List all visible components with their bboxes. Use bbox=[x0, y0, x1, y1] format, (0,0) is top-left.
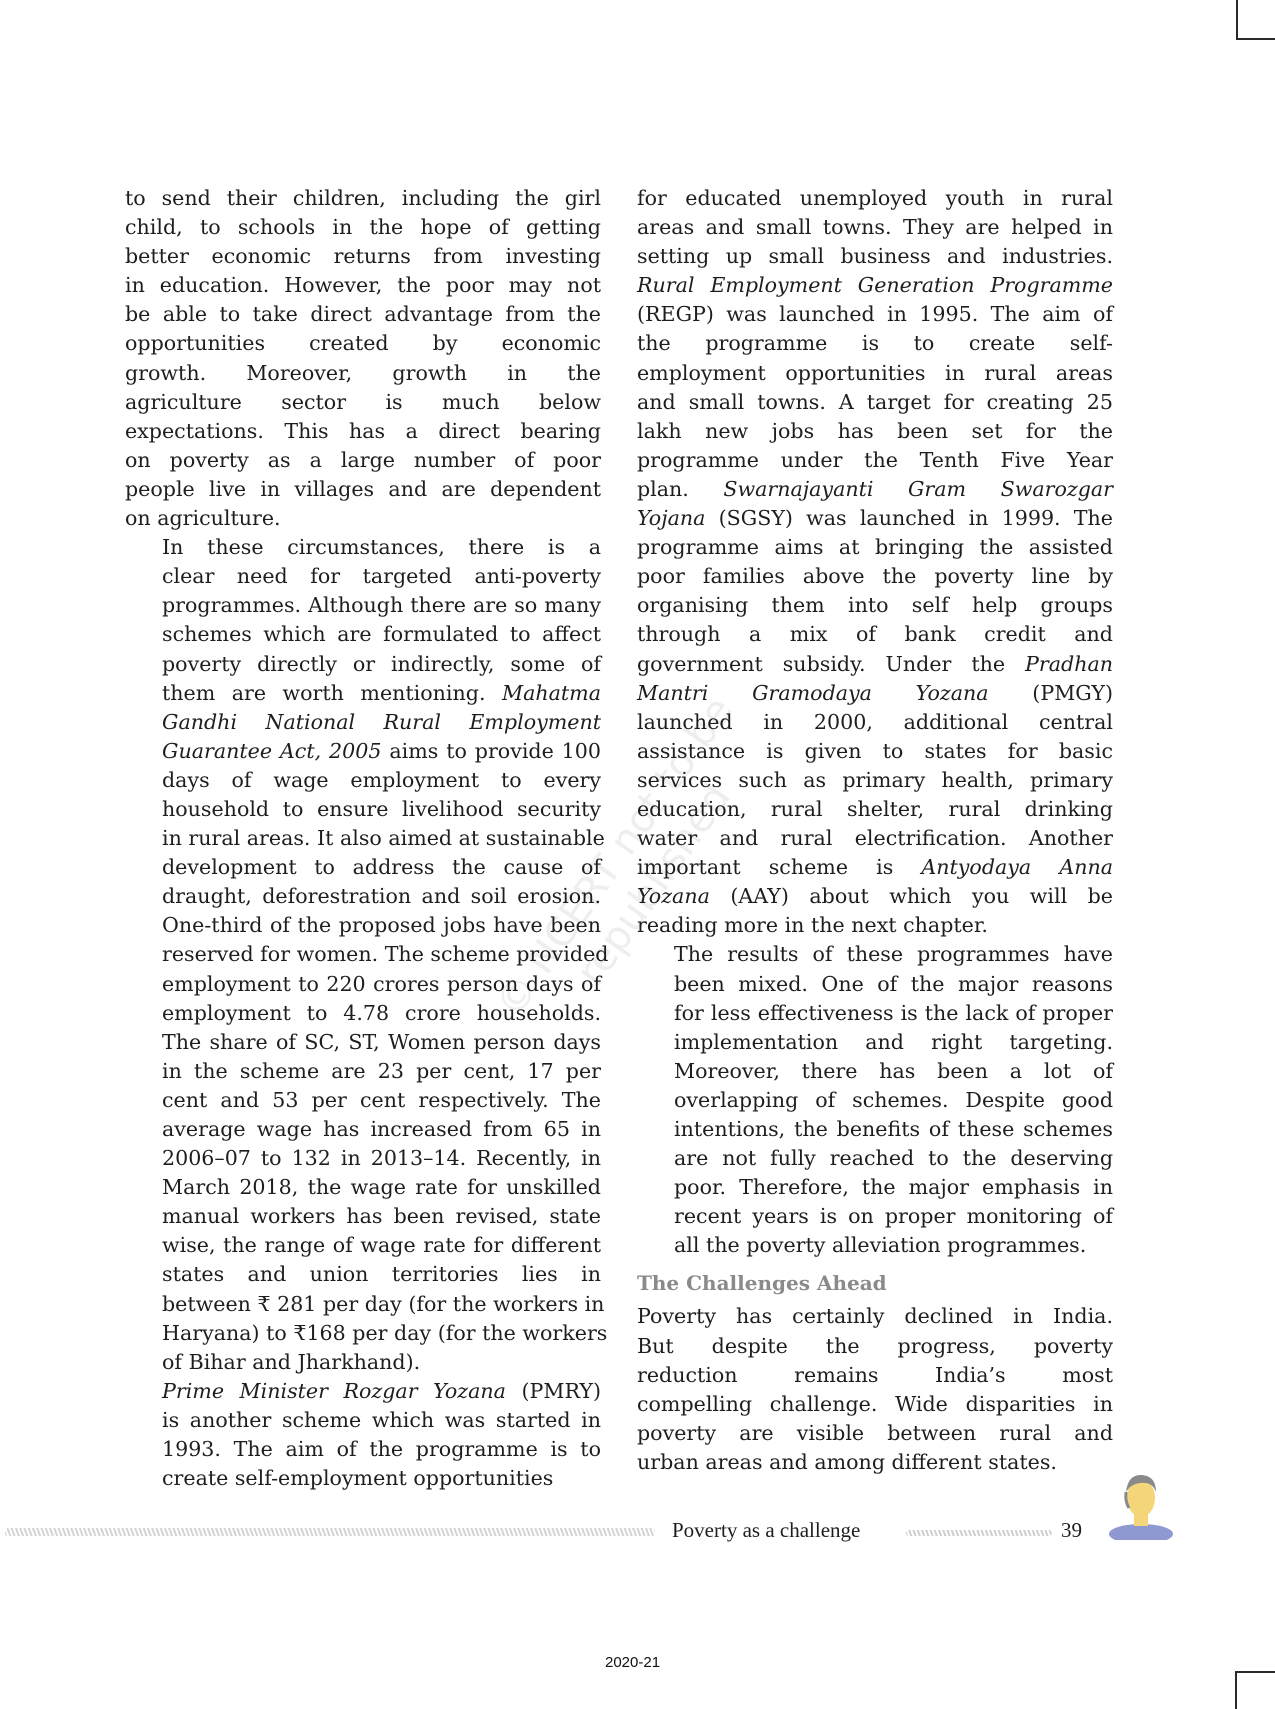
italic-scheme-name: Mantri Gramodaya Yozana bbox=[637, 681, 989, 705]
text-run: clear need for targeted anti-poverty bbox=[162, 564, 601, 588]
text-line: through a mix of bank credit and bbox=[637, 620, 1113, 649]
text-run: assistance is given to states for basic bbox=[637, 739, 1113, 763]
text-line: programmes. Although there are so many bbox=[125, 591, 601, 620]
text-run: the programme is to create self- bbox=[637, 331, 1113, 355]
text-line: for educated unemployed youth in rural bbox=[637, 184, 1113, 213]
text-line: government subsidy. Under the Pradhan bbox=[637, 650, 1113, 679]
text-line: in rural areas. It also aimed at sustain… bbox=[125, 824, 601, 853]
text-line: programme under the Tenth Five Year bbox=[637, 446, 1113, 475]
text-run: March 2018, the wage rate for unskilled bbox=[162, 1175, 601, 1199]
text-run: growth. Moreover, growth in the bbox=[125, 361, 601, 385]
paragraph: Poverty has certainly declined in India.… bbox=[637, 1302, 1113, 1477]
text-line: days of wage employment to every bbox=[125, 766, 601, 795]
paragraph: for educated unemployed youth in ruralar… bbox=[637, 184, 1113, 940]
text-line: implementation and right targeting. bbox=[637, 1028, 1113, 1057]
text-run: programme aims at bringing the assisted bbox=[637, 535, 1113, 559]
text-run: draught, deforestration and soil erosion… bbox=[162, 884, 601, 908]
text-run: areas and small towns. They are helped i… bbox=[637, 215, 1113, 239]
text-line: employment to 220 crores person days of bbox=[125, 970, 601, 999]
text-line: The share of SC, ST, Women person days bbox=[125, 1028, 601, 1057]
text-line: programme aims at bringing the assisted bbox=[637, 533, 1113, 562]
text-run: The share of SC, ST, Women person days bbox=[162, 1030, 601, 1054]
text-line: education, rural shelter, rural drinking bbox=[637, 795, 1113, 824]
text-run: Poverty has certainly declined in India. bbox=[637, 1304, 1113, 1328]
text-line: better economic returns from investing bbox=[125, 242, 601, 271]
italic-scheme-name: Swarnajayanti Gram Swarozgar bbox=[723, 477, 1113, 501]
text-line: plan. Swarnajayanti Gram Swarozgar bbox=[637, 475, 1113, 504]
text-line: child, to schools in the hope of getting bbox=[125, 213, 601, 242]
text-run: child, to schools in the hope of getting bbox=[125, 215, 601, 239]
text-run: overlapping of schemes. Despite good bbox=[674, 1088, 1113, 1112]
text-line: cent and 53 per cent respectively. The bbox=[125, 1086, 601, 1115]
text-run: reduction remains India’s most bbox=[637, 1363, 1113, 1387]
text-line: poverty directly or indirectly, some of bbox=[125, 650, 601, 679]
text-line: compelling challenge. Wide disparities i… bbox=[637, 1390, 1113, 1419]
text-line: draught, deforestration and soil erosion… bbox=[125, 882, 601, 911]
text-run: people live in villages and are dependen… bbox=[125, 477, 601, 501]
text-run: all the poverty alleviation programmes. bbox=[674, 1233, 1086, 1257]
text-run: in education. However, the poor may not bbox=[125, 273, 601, 297]
edition-year: 2020-21 bbox=[605, 1654, 660, 1671]
text-run: in rural areas. It also aimed at sustain… bbox=[162, 826, 605, 850]
italic-scheme-name: Yojana bbox=[637, 506, 705, 530]
text-line: for less effectiveness is the lack of pr… bbox=[637, 999, 1113, 1028]
text-line: employment opportunities in rural areas bbox=[637, 359, 1113, 388]
text-line: be able to take direct advantage from th… bbox=[125, 300, 601, 329]
text-run: (PMRY) bbox=[506, 1379, 601, 1403]
text-line: average wage has increased from 65 in bbox=[125, 1115, 601, 1144]
text-line: household to ensure livelihood security bbox=[125, 795, 601, 824]
text-line: Yozana (AAY) about which you will be bbox=[637, 882, 1113, 911]
text-run: recent years is on proper monitoring of bbox=[674, 1204, 1113, 1228]
italic-scheme-name: Prime Minister Rozgar Yozana bbox=[162, 1379, 506, 1403]
text-line: areas and small towns. They are helped i… bbox=[637, 213, 1113, 242]
text-line: them are worth mentioning. Mahatma bbox=[125, 679, 601, 708]
footer-decorative-squiggle-right bbox=[906, 1530, 1052, 1536]
text-run: urban areas and among different states. bbox=[637, 1450, 1057, 1474]
text-run: wise, the range of wage rate for differe… bbox=[162, 1233, 601, 1257]
text-run: (SGSY) was launched in 1999. The bbox=[705, 506, 1113, 530]
text-line: intentions, the benefits of these scheme… bbox=[637, 1115, 1113, 1144]
text-run: them are worth mentioning. bbox=[162, 681, 502, 705]
text-line: wise, the range of wage rate for differe… bbox=[125, 1231, 601, 1260]
text-run: for less effectiveness is the lack of pr… bbox=[674, 1001, 1113, 1025]
text-line: expectations. This has a direct bearing bbox=[125, 417, 601, 446]
text-line: create self-employment opportunities bbox=[125, 1464, 601, 1493]
text-line: Prime Minister Rozgar Yozana (PMRY) bbox=[125, 1377, 601, 1406]
text-line: reserved for women. The scheme provided bbox=[125, 940, 601, 969]
text-run: programme under the Tenth Five Year bbox=[637, 448, 1113, 472]
text-line: people live in villages and are dependen… bbox=[125, 475, 601, 504]
text-line: March 2018, the wage rate for unskilled bbox=[125, 1173, 601, 1202]
text-run: setting up small business and industries… bbox=[637, 244, 1113, 268]
text-line: the programme is to create self- bbox=[637, 329, 1113, 358]
text-run: is another scheme which was started in bbox=[162, 1408, 601, 1432]
text-run: important scheme is bbox=[637, 855, 921, 879]
paragraph: In these circumstances, there is aclear … bbox=[125, 533, 601, 1377]
text-line: (REGP) was launched in 1995. The aim of bbox=[637, 300, 1113, 329]
text-run: Moreover, there has been a lot of bbox=[674, 1059, 1113, 1083]
crop-mark-bottom bbox=[1235, 1671, 1275, 1709]
text-run: poor families above the poverty line by bbox=[637, 564, 1113, 588]
text-run: and small towns. A target for creating 2… bbox=[637, 390, 1113, 414]
text-run: employment opportunities in rural areas bbox=[637, 361, 1113, 385]
text-run: states and union territories lies in bbox=[162, 1262, 601, 1286]
text-line: states and union territories lies in bbox=[125, 1260, 601, 1289]
italic-scheme-name: Gandhi National Rural Employment bbox=[162, 710, 601, 734]
text-run: 2006–07 to 132 in 2013–14. Recently, in bbox=[162, 1146, 601, 1170]
text-run: 1993. The aim of the programme is to bbox=[162, 1437, 601, 1461]
text-run: development to address the cause of bbox=[162, 855, 601, 879]
text-line: agriculture sector is much below bbox=[125, 388, 601, 417]
text-line: employment to 4.78 crore households. bbox=[125, 999, 601, 1028]
italic-scheme-name: Antyodaya Anna bbox=[921, 855, 1113, 879]
text-line: Gandhi National Rural Employment bbox=[125, 708, 601, 737]
text-line: Poverty has certainly declined in India. bbox=[637, 1302, 1113, 1331]
text-line: In these circumstances, there is a bbox=[125, 533, 601, 562]
text-line: on poverty as a large number of poor bbox=[125, 446, 601, 475]
text-run: (AAY) about which you will be bbox=[710, 884, 1113, 908]
text-run: Haryana) to ₹168 per day (for the worker… bbox=[162, 1321, 607, 1345]
section-heading-challenges-ahead: The Challenges Ahead bbox=[637, 1270, 1113, 1296]
text-run: implementation and right targeting. bbox=[674, 1030, 1113, 1054]
italic-scheme-name: Guarantee Act, 2005 bbox=[162, 739, 381, 763]
text-line: recent years is on proper monitoring of bbox=[637, 1202, 1113, 1231]
text-run: aims to provide 100 bbox=[381, 739, 601, 763]
text-line: water and rural electrification. Another bbox=[637, 824, 1113, 853]
text-line: important scheme is Antyodaya Anna bbox=[637, 853, 1113, 882]
text-line: on agriculture. bbox=[125, 504, 601, 533]
text-line: Haryana) to ₹168 per day (for the worker… bbox=[125, 1319, 601, 1348]
text-run: poverty are visible between rural and bbox=[637, 1421, 1113, 1445]
text-run: reading more in the next chapter. bbox=[637, 913, 988, 937]
text-run: are not fully reached to the deserving bbox=[674, 1146, 1113, 1170]
text-line: reduction remains India’s most bbox=[637, 1361, 1113, 1390]
text-run: (PMGY) bbox=[989, 681, 1113, 705]
text-line: in education. However, the poor may not bbox=[125, 271, 601, 300]
text-line: schemes which are formulated to affect bbox=[125, 620, 601, 649]
text-line: to send their children, including the gi… bbox=[125, 184, 601, 213]
footer-decorative-squiggle-left bbox=[5, 1528, 655, 1536]
italic-scheme-name: Yozana bbox=[637, 884, 710, 908]
text-run: opportunities created by economic bbox=[125, 331, 601, 355]
text-line: One-third of the proposed jobs have been bbox=[125, 911, 601, 940]
text-line: services such as primary health, primary bbox=[637, 766, 1113, 795]
page-number: 39 bbox=[1061, 1518, 1082, 1543]
italic-scheme-name: Rural Employment Generation Programme bbox=[637, 273, 1113, 297]
text-run: be able to take direct advantage from th… bbox=[125, 302, 601, 326]
right-column-body-after: Poverty has certainly declined in India.… bbox=[637, 1302, 1113, 1477]
text-run: launched in 2000, additional central bbox=[637, 710, 1113, 734]
text-line: development to address the cause of bbox=[125, 853, 601, 882]
text-run: compelling challenge. Wide disparities i… bbox=[637, 1392, 1113, 1416]
text-run: agriculture sector is much below bbox=[125, 390, 601, 414]
text-run: water and rural electrification. Another bbox=[637, 826, 1113, 850]
footer-chapter-title: Poverty as a challenge bbox=[672, 1518, 860, 1543]
text-line: are not fully reached to the deserving bbox=[637, 1144, 1113, 1173]
paragraph: to send their children, including the gi… bbox=[125, 184, 601, 533]
text-run: In these circumstances, there is a bbox=[162, 535, 601, 559]
left-column: to send their children, including the gi… bbox=[125, 184, 601, 1493]
text-line: The results of these programmes have bbox=[637, 940, 1113, 969]
text-run: expectations. This has a direct bearing bbox=[125, 419, 601, 443]
text-run: employment to 220 crores person days of bbox=[162, 972, 601, 996]
text-line: between ₹ 281 per day (for the workers i… bbox=[125, 1290, 601, 1319]
text-line: Yojana (SGSY) was launched in 1999. The bbox=[637, 504, 1113, 533]
text-line: Mantri Gramodaya Yozana (PMGY) bbox=[637, 679, 1113, 708]
text-line: Rural Employment Generation Programme bbox=[637, 271, 1113, 300]
text-run: organising them into self help groups bbox=[637, 593, 1113, 617]
text-line: is another scheme which was started in bbox=[125, 1406, 601, 1435]
text-line: overlapping of schemes. Despite good bbox=[637, 1086, 1113, 1115]
text-run: on poverty as a large number of poor bbox=[125, 448, 601, 472]
text-run: average wage has increased from 65 in bbox=[162, 1117, 601, 1141]
text-run: intentions, the benefits of these scheme… bbox=[674, 1117, 1113, 1141]
text-run: programmes. Although there are so many bbox=[162, 593, 601, 617]
text-run: through a mix of bank credit and bbox=[637, 622, 1113, 646]
text-run: services such as primary health, primary bbox=[637, 768, 1113, 792]
text-line: opportunities created by economic bbox=[125, 329, 601, 358]
text-run: on agriculture. bbox=[125, 506, 281, 530]
text-run: days of wage employment to every bbox=[162, 768, 601, 792]
text-line: organising them into self help groups bbox=[637, 591, 1113, 620]
right-column-body-before: for educated unemployed youth in ruralar… bbox=[637, 184, 1113, 1260]
text-run: been mixed. One of the major reasons bbox=[674, 972, 1113, 996]
text-line: setting up small business and industries… bbox=[637, 242, 1113, 271]
text-line: Moreover, there has been a lot of bbox=[637, 1057, 1113, 1086]
text-line: reading more in the next chapter. bbox=[637, 911, 1113, 940]
text-line: been mixed. One of the major reasons bbox=[637, 970, 1113, 999]
text-run: plan. bbox=[637, 477, 723, 501]
text-run: in the scheme are 23 per cent, 17 per bbox=[162, 1059, 601, 1083]
text-line: urban areas and among different states. bbox=[637, 1448, 1113, 1477]
text-run: of Bihar and Jharkhand). bbox=[162, 1350, 420, 1374]
text-line: poor families above the poverty line by bbox=[637, 562, 1113, 591]
text-line: Guarantee Act, 2005 aims to provide 100 bbox=[125, 737, 601, 766]
text-line: But despite the progress, poverty bbox=[637, 1332, 1113, 1361]
text-line: in the scheme are 23 per cent, 17 per bbox=[125, 1057, 601, 1086]
text-run: better economic returns from investing bbox=[125, 244, 601, 268]
text-line: manual workers has been revised, state bbox=[125, 1202, 601, 1231]
boy-mascot-icon bbox=[1106, 1468, 1176, 1540]
text-line: launched in 2000, additional central bbox=[637, 708, 1113, 737]
text-run: create self-employment opportunities bbox=[162, 1466, 553, 1490]
text-run: employment to 4.78 crore households. bbox=[162, 1001, 601, 1025]
text-line: of Bihar and Jharkhand). bbox=[125, 1348, 601, 1377]
text-run: reserved for women. The scheme provided bbox=[162, 942, 608, 966]
text-run: poverty directly or indirectly, some of bbox=[162, 652, 601, 676]
text-run: (REGP) was launched in 1995. The aim of bbox=[637, 302, 1113, 326]
text-run: One-third of the proposed jobs have been bbox=[162, 913, 601, 937]
text-run: education, rural shelter, rural drinking bbox=[637, 797, 1113, 821]
text-line: clear need for targeted anti-poverty bbox=[125, 562, 601, 591]
text-run: household to ensure livelihood security bbox=[162, 797, 601, 821]
text-line: lakh new jobs has been set for the bbox=[637, 417, 1113, 446]
text-run: to send their children, including the gi… bbox=[125, 186, 601, 210]
text-line: poverty are visible between rural and bbox=[637, 1419, 1113, 1448]
text-line: assistance is given to states for basic bbox=[637, 737, 1113, 766]
text-run: But despite the progress, poverty bbox=[637, 1334, 1113, 1358]
paragraph: The results of these programmes havebeen… bbox=[637, 940, 1113, 1260]
italic-scheme-name: Mahatma bbox=[502, 681, 601, 705]
text-run: manual workers has been revised, state bbox=[162, 1204, 601, 1228]
crop-mark-top bbox=[1236, 0, 1275, 40]
right-column: for educated unemployed youth in ruralar… bbox=[637, 184, 1113, 1477]
text-run: schemes which are formulated to affect bbox=[162, 622, 601, 646]
italic-scheme-name: Pradhan bbox=[1025, 652, 1113, 676]
text-run: lakh new jobs has been set for the bbox=[637, 419, 1113, 443]
text-line: 1993. The aim of the programme is to bbox=[125, 1435, 601, 1464]
text-run: The results of these programmes have bbox=[674, 942, 1113, 966]
text-run: for educated unemployed youth in rural bbox=[637, 186, 1113, 210]
text-run: poor. Therefore, the major emphasis in bbox=[674, 1175, 1113, 1199]
text-line: growth. Moreover, growth in the bbox=[125, 359, 601, 388]
text-run: cent and 53 per cent respectively. The bbox=[162, 1088, 601, 1112]
text-line: 2006–07 to 132 in 2013–14. Recently, in bbox=[125, 1144, 601, 1173]
text-run: between ₹ 281 per day (for the workers i… bbox=[162, 1292, 604, 1316]
text-line: and small towns. A target for creating 2… bbox=[637, 388, 1113, 417]
text-line: all the poverty alleviation programmes. bbox=[637, 1231, 1113, 1260]
paragraph: Prime Minister Rozgar Yozana (PMRY)is an… bbox=[125, 1377, 601, 1493]
text-line: poor. Therefore, the major emphasis in bbox=[637, 1173, 1113, 1202]
text-run: government subsidy. Under the bbox=[637, 652, 1025, 676]
